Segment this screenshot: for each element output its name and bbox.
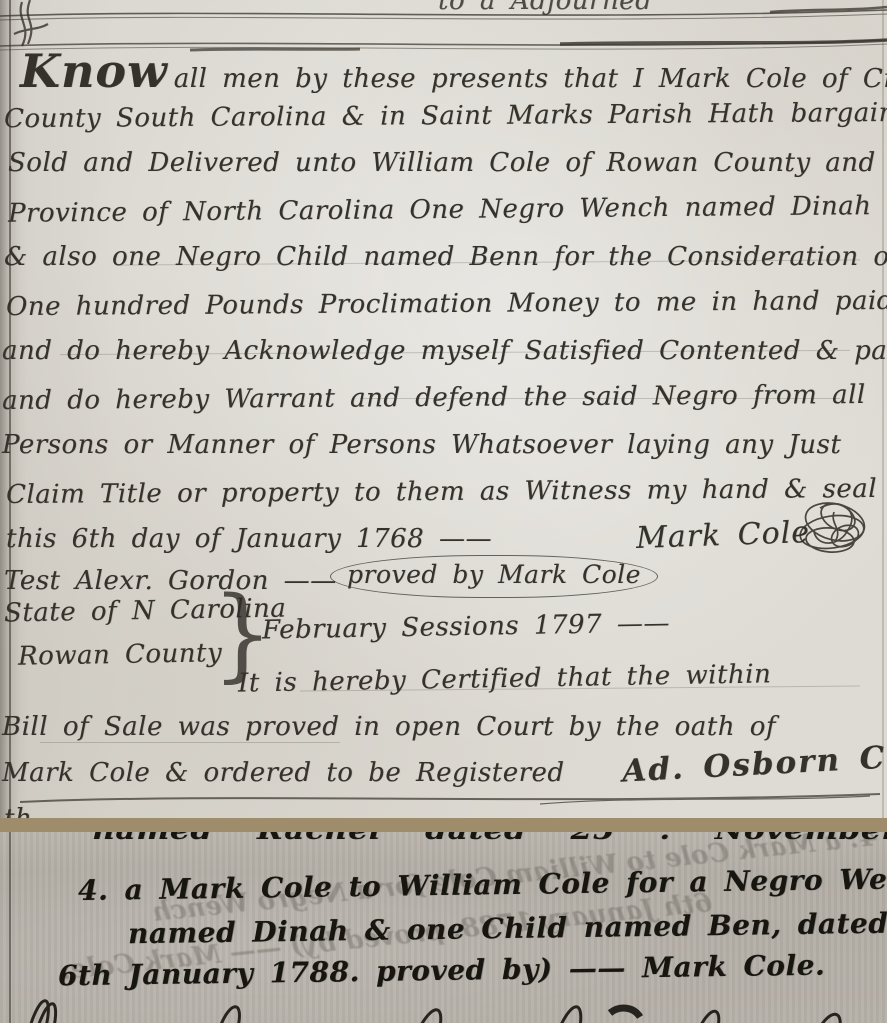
faint-rule <box>40 742 340 743</box>
deed-line: Sold and Delivered unto William Cole of … <box>8 148 876 178</box>
signature-flourish-icon <box>0 788 887 814</box>
deed-line: and do hereby Warrant and defend the sai… <box>2 380 866 416</box>
deed-line: and do hereby Acknowledge myself Satisfi… <box>2 336 887 366</box>
manuscript-page: to a Adjourned Knowall men by these pres… <box>0 0 887 1023</box>
witness-line: Test Alexr. Gordon —— <box>4 566 337 596</box>
deed-line-text: all men by these presents that I Mark Co… <box>174 64 887 94</box>
page-edge <box>882 0 884 818</box>
deed-line: Province of North Carolina One Negro Wen… <box>8 191 872 229</box>
index-line: 4. a Mark Cole to William Cole for a Neg… <box>78 862 887 907</box>
seal-scribble-icon <box>790 490 880 568</box>
proved-note-oval: proved by Mark Cole <box>330 555 658 598</box>
jurat-county: Rowan County <box>18 638 223 672</box>
cert-line: Bill of Sale was proved in open Court by… <box>2 712 776 742</box>
cert-line: Mark Cole & ordered to be Registered <box>2 758 565 788</box>
jurat-session: February Sessions 1797 —— <box>262 608 670 645</box>
index-strip: 4. a Mark Cole to William Cole for a Neg… <box>0 832 887 1023</box>
binding-crease <box>9 832 11 1023</box>
lead-capital: Know <box>20 44 168 98</box>
deed-line: Persons or Manner of Persons Whatsoever … <box>2 430 841 460</box>
binding-crease <box>9 0 11 818</box>
deed-line: One hundred Pounds Proclimation Money to… <box>6 286 887 322</box>
cut-off-ascenders-icon <box>0 987 887 1023</box>
deed-line: County South Carolina & in Saint Marks P… <box>4 98 887 134</box>
deed-line: Knowall men by these presents that I Mar… <box>20 44 887 98</box>
deed-page: to a Adjourned Knowall men by these pres… <box>0 0 887 818</box>
grantor-signature: Mark Cole <box>635 515 810 556</box>
index-partial-top-line: named Rachel dated 25 . November 1770 —— <box>92 832 887 845</box>
deed-line: & also one Negro Child named Benn for th… <box>4 242 887 272</box>
header-fragment: to a Adjourned <box>438 0 652 16</box>
cert-line: It is hereby Certified that the within <box>238 659 772 698</box>
clerk-signature: Ad. Osborn CC <box>621 738 887 789</box>
deed-line: Claim Title or property to them as Witne… <box>6 474 877 510</box>
proved-note: proved by Mark Cole <box>330 560 658 589</box>
date-line: this 6th day of January 1768 —— <box>6 524 492 554</box>
divider-bar <box>0 818 887 832</box>
